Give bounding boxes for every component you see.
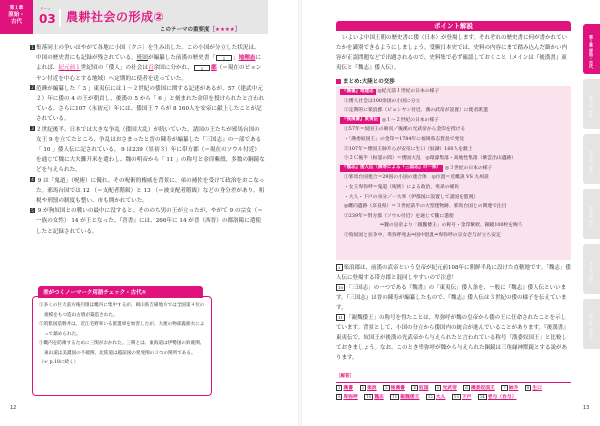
summary-line: 『魏志』倭人伝（陳寿による『三国志』の一部）◎３世紀の日本の様子	[340, 164, 572, 174]
summary-line: ・「漢委奴国王」の金印＝1784年に福岡県志賀島で発見	[340, 135, 572, 145]
source-tag: 『漢書』地理志	[340, 89, 376, 96]
note-number: 11	[336, 314, 345, 321]
summary-line: ①倭人社会は100余国の小国に分立	[340, 97, 572, 107]
chapter-tab: 第１章 原始・ 古代	[0, 0, 33, 34]
continued-note: （☞ p.18に続く）	[39, 358, 207, 368]
answer-item: 14壱与（台与）	[478, 393, 517, 402]
answer-item: 5光武帝	[435, 384, 457, 393]
note: 11「親魏倭王」の称号を得たことは、卑弥呼が魏の皇帝から倭の王に任命されたことを…	[336, 313, 571, 363]
summary-line: ・女王卑弥呼＝鬼道（呪術）による政治、男弟の補佐	[340, 183, 572, 193]
paragraph-5: 5 9 が狗奴国との戦いの最中に没すると、そののち男の王が立ったが、やがて 9 …	[30, 206, 265, 237]
answer-item: 9卑弥呼	[336, 393, 358, 402]
answers-label: ［解答］	[336, 373, 354, 379]
summary-line: ・大人・下戸の身分／一大率（伊都国に設置して諸国を監視）	[340, 193, 572, 203]
chapter-number: 第１章	[0, 5, 33, 12]
chapter-name-1: 原始・	[0, 12, 33, 19]
source-tag: 『後漢書』東夷伝	[340, 117, 380, 124]
paragraph-4: 4 9 は「鬼道」（呪術）に優れ、その呪術的権威を背景に、弟の補佐を受けて政治を…	[30, 176, 265, 207]
source-tag: 『魏志』倭人伝（陳寿による『三国志』の一部）	[340, 165, 443, 172]
chapter-index-tabs: 第１章 原始・古代 第２章 中世 第３章 近世 第４章 近代 第５章 現代 第６…	[583, 24, 600, 354]
index-tab-chapter-3[interactable]: 第３章 近世	[583, 134, 600, 184]
answer-item: 13下戸	[452, 393, 471, 402]
answer-item: 2楽浪	[360, 384, 377, 393]
paragraph-3: 3２世紀後半、日本では大きな争乱（倭国大乱）が続いていた。諸国の王たちが邪馬台国…	[30, 125, 265, 176]
summary-title: まとめ:大陸との交渉	[336, 77, 395, 85]
answer-item: 4奴国	[411, 384, 428, 393]
point-explanation-title: ポイント解説	[336, 21, 571, 31]
summary-line: ②239年＝帯方郡（ソウル付近）を通じて魏に遣使	[340, 212, 572, 222]
paragraph-number: 4	[30, 177, 35, 182]
paragraph-number: 2	[30, 85, 35, 90]
check-item: ①多くの巨大前方後円墳は畿内に集中するが、岡山県吉備地方では全国第４位の規模をも…	[39, 301, 207, 320]
theme-number: 03	[39, 12, 56, 26]
summary-line: ①邪馬台国連合＝29国の小国の連合体 ◎位置＝近畿説 VS 九州説	[340, 173, 572, 183]
note: 10「三国志」の一つである『魏書』の「東夷伝」倭人条を、一般に『魏志』倭人伝とい…	[336, 283, 571, 313]
fill-blank: 1	[216, 55, 232, 62]
fill-blank: 2	[194, 65, 210, 72]
answer-item: 12大人	[426, 393, 445, 402]
page-number: 13	[583, 405, 589, 411]
keyword: 地理志	[239, 55, 256, 61]
importance-rating: このテーマの重要度［★★★★］	[160, 25, 240, 33]
note-number: 10	[336, 284, 345, 291]
answer-item: 10魏志	[364, 393, 383, 402]
star-icons: ★★★★	[215, 27, 235, 33]
explanation-notes: 2楽浪郡は、前漢の武帝という皇帝が紀元前108年に朝鮮半島に設けた直轄地です。「…	[336, 263, 571, 363]
theme-divider	[59, 9, 61, 27]
point-explanation-text: いよいよ中国王朝の歴史書に倭（日本）が登場します。それぞれの歴史書に何が書かれて…	[336, 33, 571, 73]
summary-line: 『後漢書』東夷伝◎１〜２世紀の日本の様子	[340, 116, 572, 126]
book-gutter	[298, 0, 302, 426]
answer-item: 1漢書	[336, 384, 353, 393]
main-text: 1集落同士の争いはやがて各地に小国〔クニ〕を生み出した。この小国が分立した状況は…	[30, 43, 265, 237]
paragraph-number: 5	[30, 208, 35, 213]
note: 2楽浪郡は、前漢の武帝という皇帝が紀元前108年に朝鮮半島に設けた直轄地です。「…	[336, 263, 571, 283]
term-check-title: 差がつくノーマーク用語チェック・古代①	[38, 286, 203, 298]
index-tab-chapter-4[interactable]: 第４章 近代	[583, 189, 600, 239]
left-page: 第１章 原始・ 古代 テーマ 03 農耕社会の形成② このテーマの重要度［★★★…	[0, 0, 300, 426]
summary-line: ③狗奴国と抗争中、卑弥呼死去⇒国中混乱⇒卑弥呼の宗女壱与が立ち安定	[340, 231, 572, 241]
answer-item: 3後漢書	[383, 384, 405, 393]
index-tab-chapter-1[interactable]: 第１章 原始・古代	[583, 24, 600, 74]
index-tab-chapter-2[interactable]: 第２章 中世	[583, 79, 600, 129]
index-tab-chapter-6[interactable]: 第６章 文化史	[583, 299, 600, 349]
summary-line: ③２Ｃ後半（桓霊の間）＝倭国大乱 ◎環濠集落・高地性集落（紫雲出山遺跡）	[340, 154, 572, 164]
paragraph-number: 1	[30, 45, 35, 50]
answers-list: 1漢書 2楽浪 3後漢書 4奴国 5光武帝 6漢委奴国王 7帥升 8生口 9卑弥…	[336, 384, 571, 402]
note-number: 2	[336, 264, 343, 271]
paragraph-2: 2范曄が編纂した「 3 」東夷伝には１〜２世紀の倭国に関する記述があるが、57（…	[30, 84, 265, 125]
chapter-name-2: 古代	[0, 19, 33, 26]
paragraph-1: 1集落同士の争いはやがて各地に小国〔クニ〕を生み出した。この小国が分立した状況は…	[30, 43, 265, 84]
summary-line: 『漢書』地理志◎紀元前１世紀の日本の様子	[340, 87, 572, 97]
paragraph-number: 3	[30, 126, 35, 131]
summary-line: ⇒魏の皇帝より「親魏倭王」の称号・金印紫綬、銅鏡100枚を賜う	[340, 221, 572, 231]
summary-line: ①57年＝奴国王の朝貢／後漢の光武帝から金印を授ける	[340, 125, 572, 135]
answer-item: 8生口	[525, 384, 542, 393]
page-number: 12	[10, 405, 16, 411]
summary-body: 『漢書』地理志◎紀元前１世紀の日本の様子 ①倭人社会は100余国の小国に分立 ②…	[340, 87, 572, 241]
answer-item: 11親魏倭王	[390, 393, 419, 402]
summary-line: ◎纒向遺跡（奈良県）＝３世紀前半の大型建物跡、邪馬台国との関連で注目	[340, 202, 572, 212]
answer-item: 7帥升	[501, 384, 518, 393]
keyword: 紀元前１	[58, 65, 80, 71]
index-tab-chapter-5[interactable]: 第５章 現代	[583, 244, 600, 294]
square-bullet-icon	[336, 79, 341, 84]
term-check-body: ①多くの巨大前方後円墳は畿内に集中するが、岡山県吉備地方では全国第４位の規模をも…	[39, 301, 207, 368]
check-item: ②筑紫国造磐井は、近江毛野率いる派遣軍を妨害したが、大連の物部麁鹿火によって鎮め…	[39, 320, 207, 339]
check-item: ③畿内を防衛するために三関がおかれた。三関とは、東海道は伊勢国の鈴鹿関、東山道は…	[39, 339, 207, 358]
summary-line: ②定期的に楽浪郡（ピョンヤン付近、漢の武帝が設置）に使者派遣	[340, 106, 572, 116]
answers-divider	[336, 382, 571, 383]
summary-line: ②107年＝倭国王帥升らが安帝に生口（奴隷）160人を献上	[340, 145, 572, 155]
page-title: 農耕社会の形成②	[66, 8, 164, 25]
answer-item: 6漢委奴国王	[463, 384, 494, 393]
